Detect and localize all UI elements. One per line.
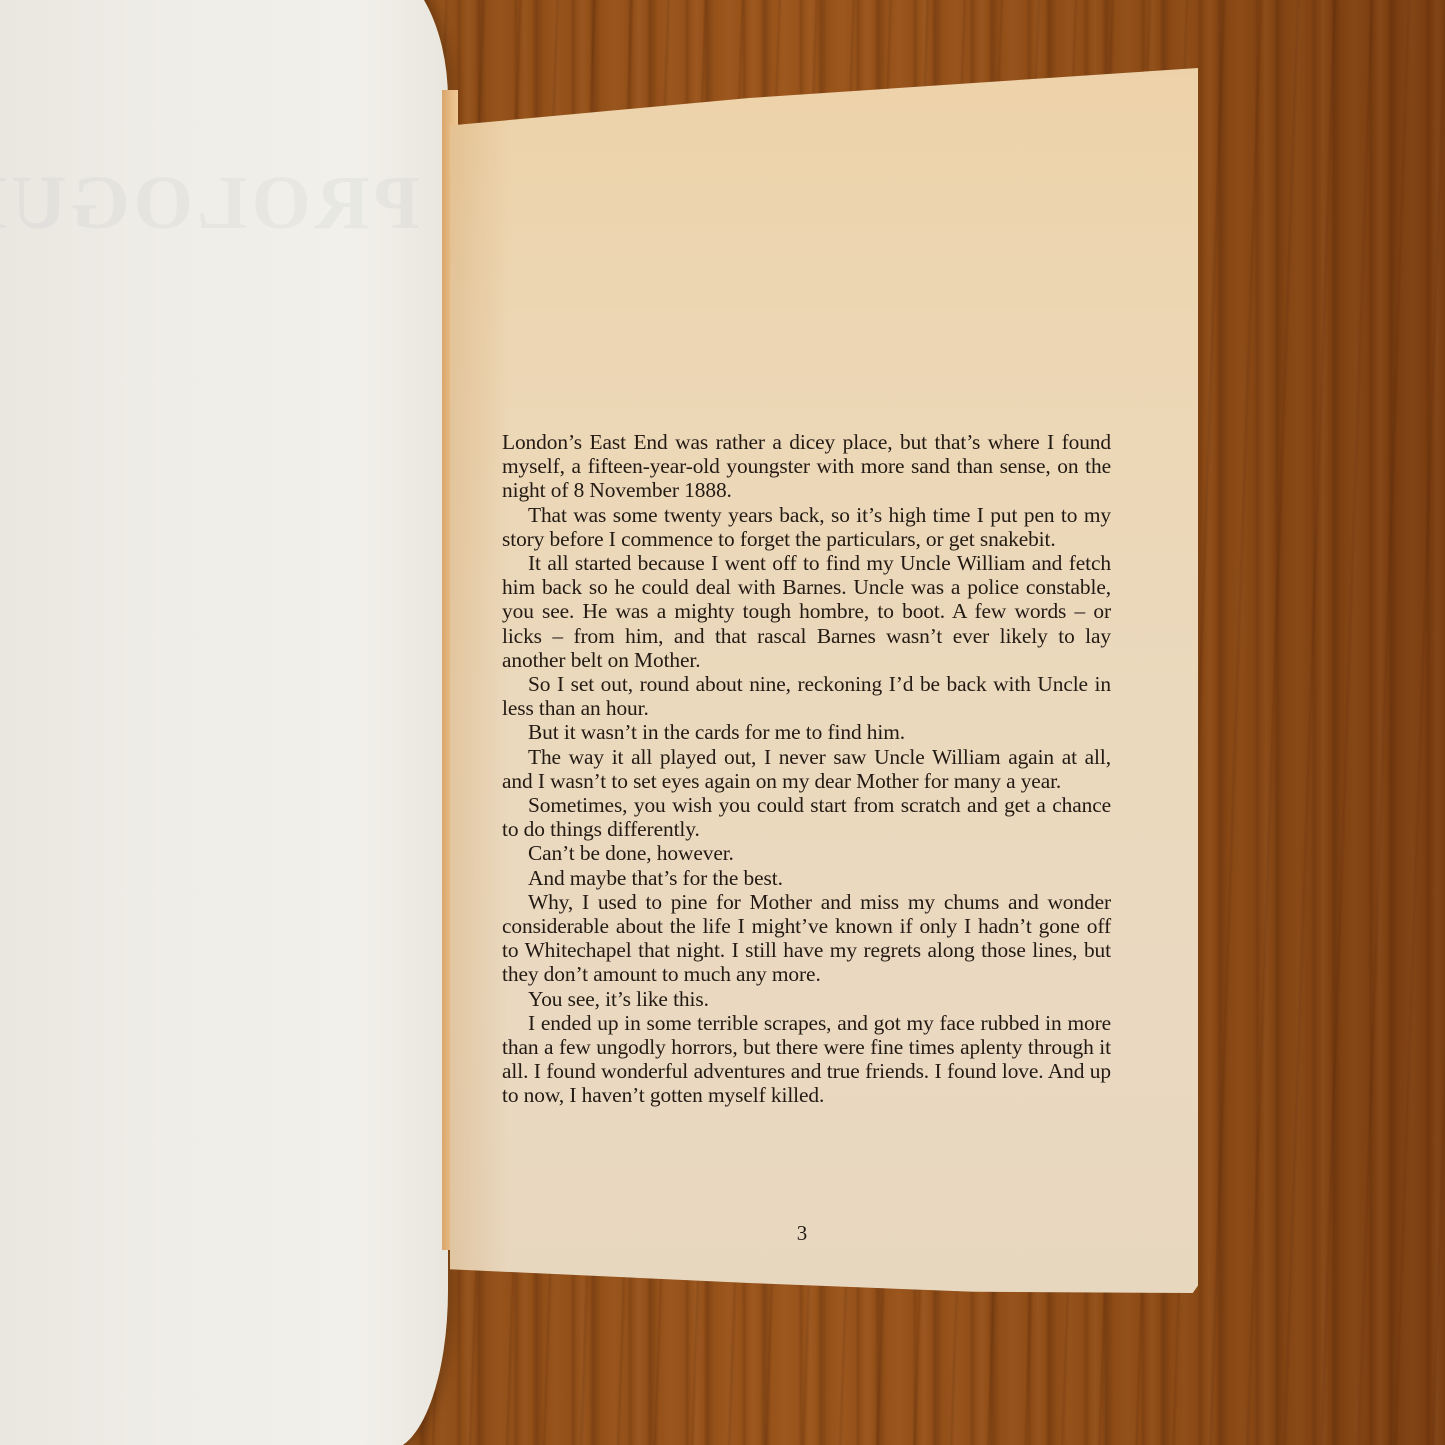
show-through-heading: PROLOGUE (0, 160, 420, 247)
paragraph: Why, I used to pine for Mother and miss … (502, 890, 1111, 987)
paragraph: It all started because I went off to fin… (502, 551, 1111, 672)
paragraph: I ended up in some terrible scrapes, and… (502, 1011, 1111, 1108)
paragraph: That was some twenty years back, so it’s… (502, 503, 1111, 551)
paragraph: Sometimes, you wish you could start from… (502, 793, 1111, 841)
paragraph: London’s East End was rather a dicey pla… (502, 430, 1111, 503)
paragraph: So I set out, round about nine, reckonin… (502, 672, 1111, 720)
paragraph: But it wasn’t in the cards for me to fin… (502, 720, 1111, 744)
page-body-text: London’s East End was rather a dicey pla… (502, 430, 1111, 1108)
paragraph: And maybe that’s for the best. (502, 866, 1111, 890)
paragraph: Can’t be done, however. (502, 841, 1111, 865)
left-page: PROLOGUE (0, 0, 448, 1445)
page-number: 3 (790, 1221, 814, 1246)
paragraph: The way it all played out, I never saw U… (502, 745, 1111, 793)
paragraph: You see, it’s like this. (502, 987, 1111, 1011)
